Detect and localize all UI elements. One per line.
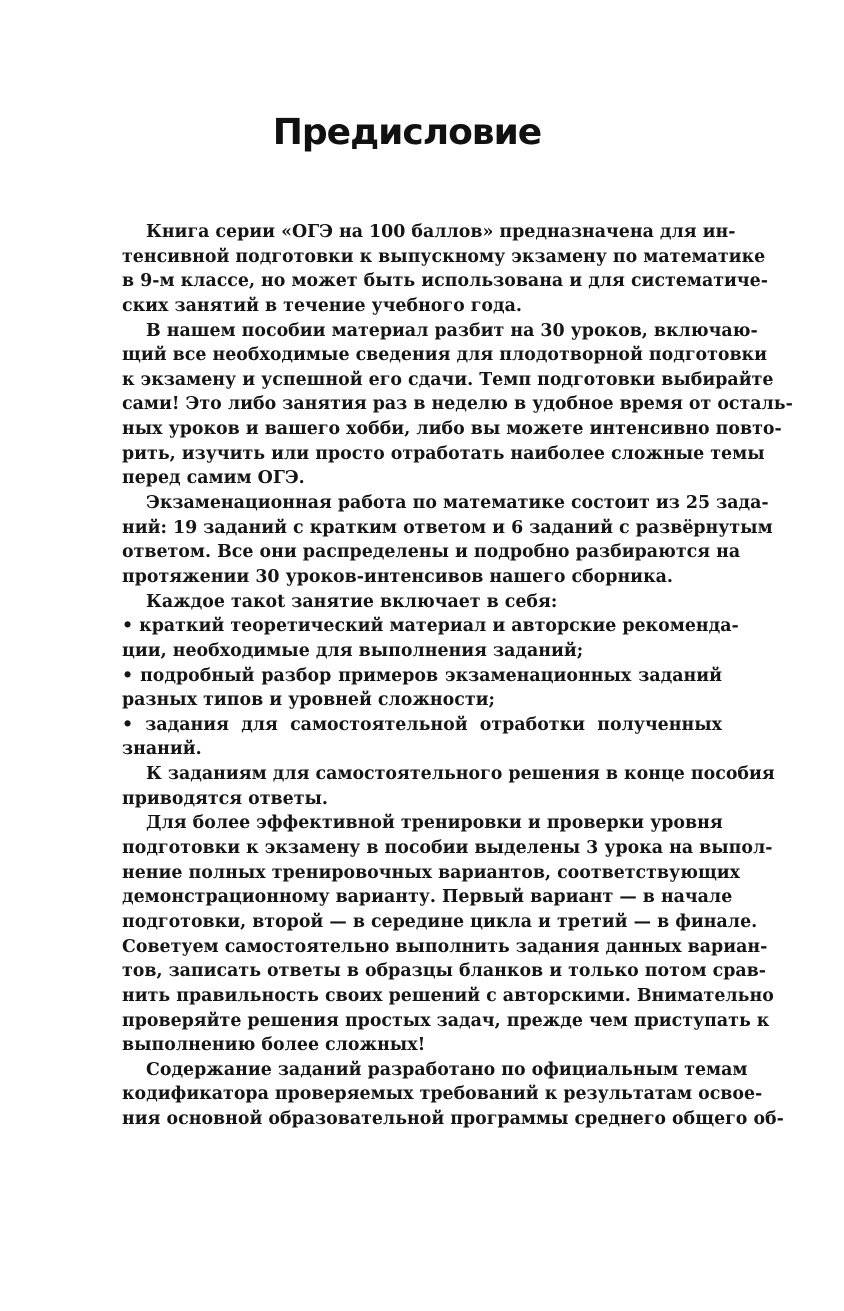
text-line: К заданиям для самостоятельного решения … bbox=[122, 762, 722, 787]
text-line: проверяйте решения простых задач, прежде… bbox=[122, 1009, 722, 1034]
text-line: нение полных тренировочных вариантов, со… bbox=[122, 861, 722, 886]
text-line: перед самим ОГЭ. bbox=[122, 466, 722, 491]
text-line: ния основной образовательной программы с… bbox=[122, 1107, 722, 1132]
list-item-line: • краткий теоретический материал и автор… bbox=[122, 614, 722, 639]
text-line: ских занятий в течение учебного года. bbox=[122, 294, 722, 319]
text-line: ответом. Все они распределены и подробно… bbox=[122, 540, 722, 565]
text-line: подготовки к экзамену в пособии выделены… bbox=[122, 836, 722, 861]
text-line: демонстрационному варианту. Первый вариа… bbox=[122, 885, 722, 910]
text-line: тов, записать ответы в образцы бланков и… bbox=[122, 959, 722, 984]
list-item-line: ции, необходимые для выполнения заданий; bbox=[122, 639, 722, 664]
list-item-line: • задания для самостоятельной отработки … bbox=[122, 713, 722, 738]
preface-body: Книга серии «ОГЭ на 100 баллов» предназн… bbox=[122, 220, 722, 1132]
text-line: щий все необходимые сведения для плодотв… bbox=[122, 343, 722, 368]
text-line: ний: 19 заданий с кратким ответом и 6 за… bbox=[122, 516, 722, 541]
text-line: подготовки, второй — в середине цикла и … bbox=[122, 910, 722, 935]
text-line: Экзаменационная работа по математике сос… bbox=[122, 491, 722, 516]
text-line: Каждое такоt занятие включает в себя: bbox=[122, 590, 722, 615]
text-line: выполнению более сложных! bbox=[122, 1033, 722, 1058]
text-line: кодификатора проверяемых требований к ре… bbox=[122, 1082, 722, 1107]
list-item-line: разных типов и уровней сложности; bbox=[122, 688, 722, 713]
text-line: к экзамену и успешной его сдачи. Темп по… bbox=[122, 368, 722, 393]
page-title: Предисловие bbox=[0, 112, 814, 153]
text-line: приводятся ответы. bbox=[122, 787, 722, 812]
text-line: в 9-м классе, но может быть использована… bbox=[122, 269, 722, 294]
list-item-line: • подробный разбор примеров экзаменацион… bbox=[122, 664, 722, 689]
text-line: нить правильность своих решений с авторс… bbox=[122, 984, 722, 1009]
text-line: Советуем самостоятельно выполнить задани… bbox=[122, 935, 722, 960]
text-line: Для более эффективной тренировки и прове… bbox=[122, 811, 722, 836]
list-item-line: знаний. bbox=[122, 737, 722, 762]
text-line: ных уроков и вашего хобби, либо вы может… bbox=[122, 417, 722, 442]
text-line: протяжении 30 уроков-интенсивов нашего с… bbox=[122, 565, 722, 590]
text-line: В нашем пособии материал разбит на 30 ур… bbox=[122, 319, 722, 344]
text-line: Содержание заданий разработано по официа… bbox=[122, 1058, 722, 1083]
text-line: сами! Это либо занятия раз в неделю в уд… bbox=[122, 392, 722, 417]
text-line: Книга серии «ОГЭ на 100 баллов» предназн… bbox=[122, 220, 722, 245]
text-line: рить, изучить или просто отработать наиб… bbox=[122, 442, 722, 467]
text-line: тенсивной подготовки к выпускному экзаме… bbox=[122, 245, 722, 270]
